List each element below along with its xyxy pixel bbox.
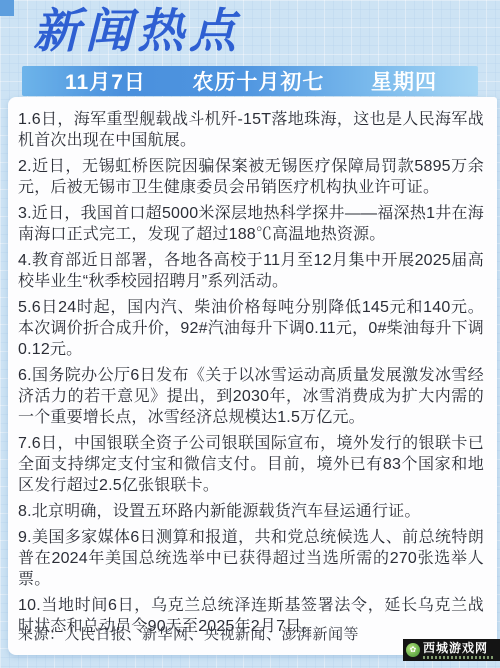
banner-date: 11月7日	[65, 66, 146, 96]
news-item-4: 4.教育部近日部署，各地各高校于11月至12月集中开展2025届高校毕业生“秋季…	[18, 250, 484, 292]
watermark-subtext-line	[423, 656, 495, 659]
news-item-9: 9.美国多家媒体6日测算和报道，共和党总统候选人、前总统特朗普在2024年美国总…	[18, 527, 484, 590]
watermark-text: 西城游戏网	[423, 642, 495, 659]
news-item-7: 7.6日，中国银联全资子公司银联国际宣布，境外发行的银联卡已全面支持绑定支付宝和…	[18, 433, 484, 496]
news-item-6: 6.国务院办公厅6日发布《关于以冰雪运动高质量发展激发冰雪经济活力的若干意见》提…	[18, 365, 484, 428]
news-item-2: 2.近日，无锡虹桥医院因骗保案被无锡医疗保障局罚款5895万余元，后被无锡市卫生…	[18, 156, 484, 198]
watermark-site-name: 西城游戏网	[423, 642, 495, 654]
leaf-icon: ✿	[406, 643, 420, 657]
watermark-badge: ✿ 西城游戏网	[403, 639, 500, 661]
date-banner: 11月7日 农历十月初七 星期四	[22, 66, 478, 96]
page-title: 新闻热点	[33, 2, 241, 60]
banner-lunar-date: 农历十月初七	[192, 66, 324, 96]
news-card: 1.6日，海军重型舰载战斗机歼-15T落地珠海，这也是人民海军战机首次出现在中国…	[8, 97, 497, 655]
source-line: 来源：人民日报、新华网、央视新闻、澎湃新闻等	[18, 623, 359, 644]
banner-weekday: 星期四	[371, 66, 437, 96]
news-list: 1.6日，海军重型舰载战斗机歼-15T落地珠海，这也是人民海军战机首次出现在中国…	[8, 97, 497, 637]
corner-decoration	[0, 0, 14, 16]
news-item-3: 3.近日，我国首口超5000米深层地热科学探井——福深热1井在海南海口正式完工，…	[18, 203, 484, 245]
news-item-5: 5.6日24时起，国内汽、柴油价格每吨分别降低145元和140元。本次调价折合成…	[18, 297, 484, 360]
news-item-1: 1.6日，海军重型舰载战斗机歼-15T落地珠海，这也是人民海军战机首次出现在中国…	[18, 109, 484, 151]
news-item-8: 8.北京明确，设置五环路内新能源载货汽车昼运通行证。	[18, 501, 484, 522]
